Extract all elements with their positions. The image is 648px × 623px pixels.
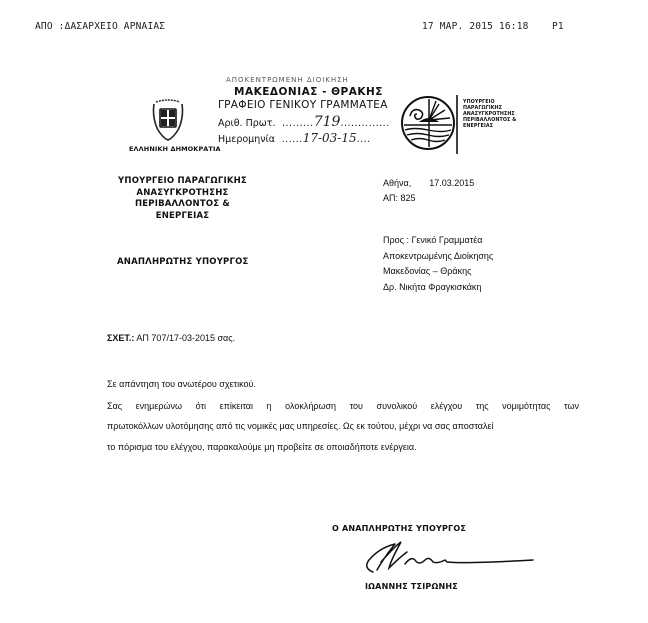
protocol-number: ΑΠ: 825 (383, 193, 416, 203)
stamp-protocol-number: 719 (314, 114, 341, 130)
ministry-logo-icon (399, 92, 459, 154)
stamp-protocol-row: Αριθ. Πρωτ. .........719.............. (218, 114, 390, 130)
signatory-name: ΙΩΑΝΝΗΣ ΤΣΙΡΩΝΗΣ (365, 582, 458, 591)
stamp-region: ΜΑΚΕΔΟΝΙΑΣ - ΘΡΑΚΗΣ (234, 86, 383, 98)
body-line-2: πρωτοκόλλων υλοτόμησης από τις νομικές μ… (107, 421, 493, 431)
body-line-1: Σας ενημερώνω ότι επίκειται η ολοκλήρωση… (107, 401, 579, 411)
recipient-block: Προς : Γενικό Γραμματέα Αποκεντρωμένης Δ… (383, 233, 493, 295)
stamp-top-line: ΑΠΟΚΕΝΤΡΩΜΕΝΗ ΔΙΟΙΚΗΣΗ (226, 76, 349, 84)
stamp-date-value: 17-03-15 (303, 131, 357, 145)
ministry-heading: ΥΠΟΥΡΓΕΙΟ ΠΑΡΑΓΩΓΙΚΗΣ ΑΝΑΣΥΓΚΡΟΤΗΣΗΣ ΠΕΡ… (110, 176, 255, 222)
stamp-date-row: Ημερομηνία ......17-03-15.... (218, 131, 371, 145)
office-heading: ΑΝΑΠΛΗΡΩΤΗΣ ΥΠΟΥΡΓΟΣ (117, 257, 249, 267)
reference-text: ΑΠ 707/17-03-2015 σας. (134, 333, 235, 343)
signature-scribble-icon (355, 538, 535, 578)
body-intro: Σε απάντηση του ανωτέρου σχετικού. (107, 379, 256, 389)
ministry-logo-text: ΥΠΟΥΡΓΕΙΟ ΠΑΡΑΓΩΓΙΚΗΣ ΑΝΑΣΥΓΚΡΟΤΗΣΗΣ ΠΕΡ… (463, 100, 523, 130)
stamp-date-label: Ημερομηνία (218, 134, 275, 145)
place: Αθήνα, (383, 178, 411, 188)
coat-of-arms-icon (150, 98, 186, 142)
reference-line: ΣΧΕΤ.: ΑΠ 707/17-03-2015 σας. (107, 333, 235, 343)
letter-date: 17.03.2015 (429, 178, 474, 188)
stamp-protocol-label: Αριθ. Πρωτ. (218, 118, 275, 129)
place-date: Αθήνα,17.03.2015 (383, 178, 474, 188)
reference-label: ΣΧΕΤ.: (107, 333, 134, 343)
body-line-3: το πόρισμα του ελέγχου, παρακαλούμε μη π… (107, 442, 417, 452)
coat-of-arms-label: ΕΛΛΗΝΙΚΗ ΔΗΜΟΚΡΑΤΙΑ (129, 145, 221, 153)
fax-sender: ΑΠΟ :ΔΑΣΑΡΧΕΙΟ ΑΡΝΑΙΑΣ (35, 21, 165, 32)
stamp-office: ΓΡΑΦΕΙΟ ΓΕΝΙΚΟΥ ΓΡΑΜΜΑΤΕΑ (218, 99, 388, 111)
signature-title: Ο ΑΝΑΠΛΗΡΩΤΗΣ ΥΠΟΥΡΓΟΣ (332, 524, 466, 533)
fax-datetime: 17 ΜΑΡ. 2015 16:18 (422, 21, 529, 32)
fax-page-number: P1 (552, 21, 564, 32)
